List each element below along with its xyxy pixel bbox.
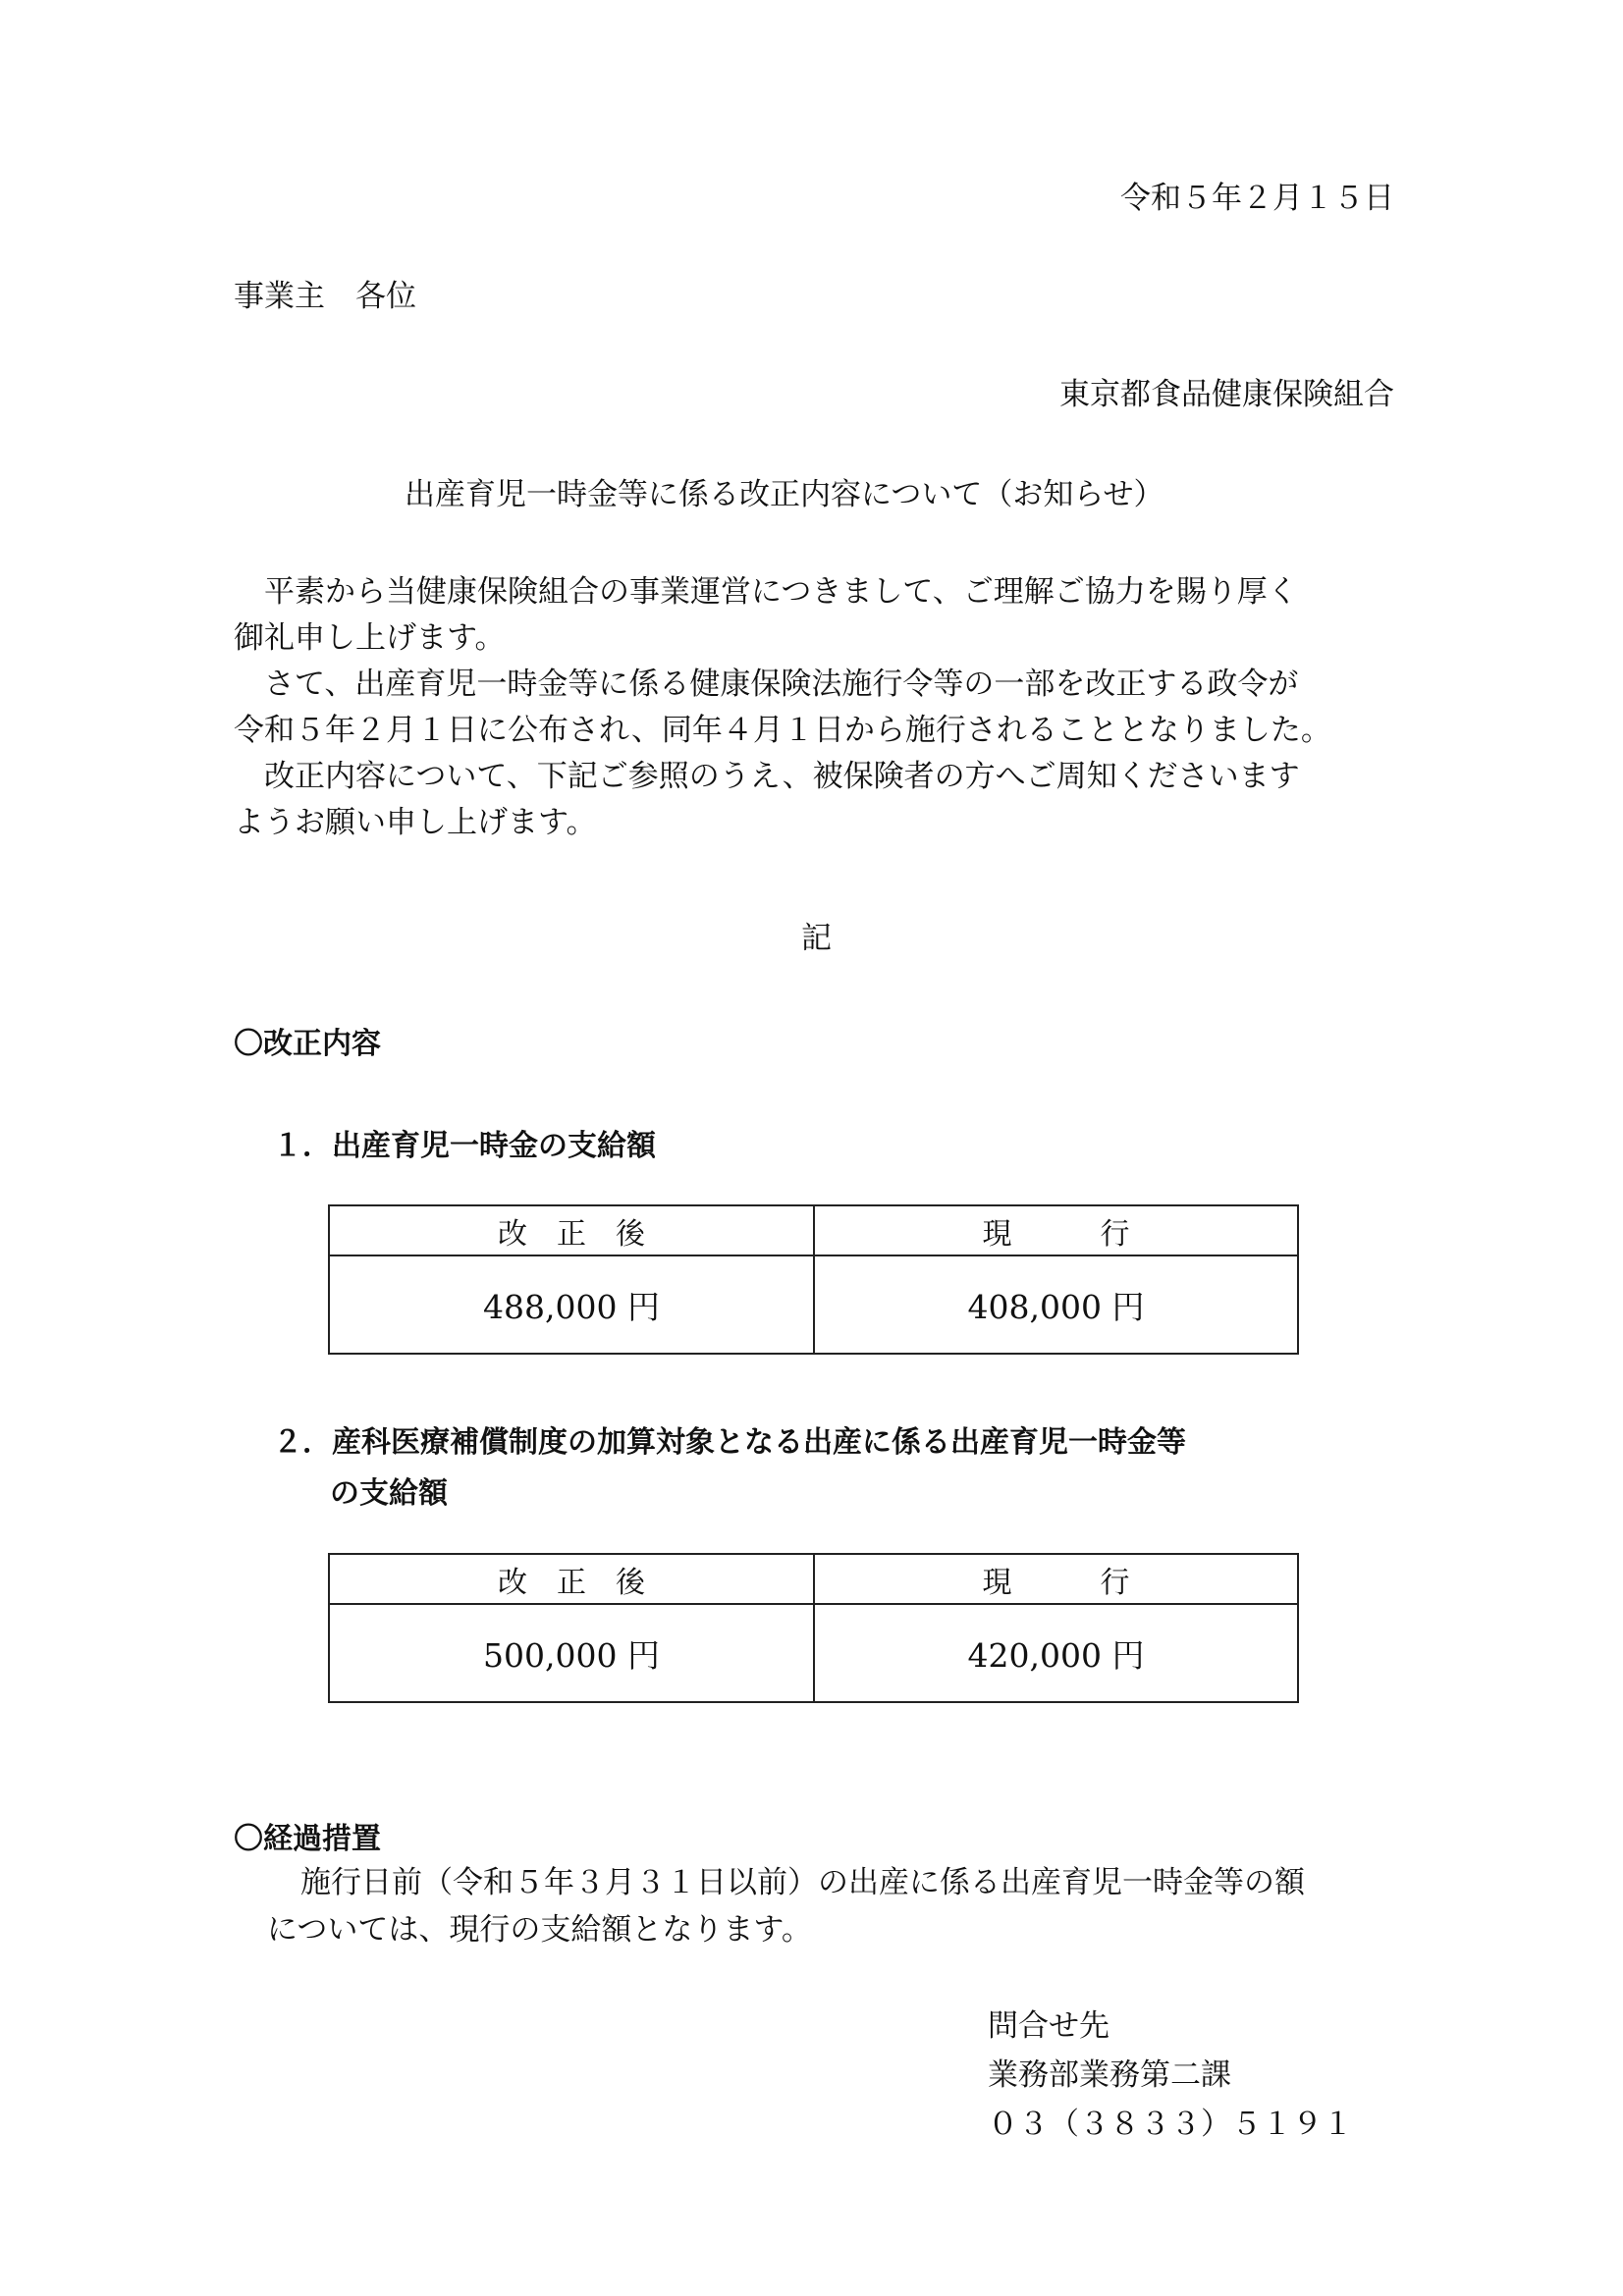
item2-title-line1: ２．産科医療補償制度の加算対象となる出産に係る出産育児一時金等 — [273, 1417, 1186, 1461]
header-revised: 改 正 後 — [329, 1205, 814, 1255]
body-line: ようお願い申し上げます。 — [234, 800, 1402, 846]
item1-amount-table: 改 正 後 現 行 488,000 円 408,000 円 — [328, 1204, 1299, 1355]
contact-label: 問合せ先 — [988, 2008, 1109, 2044]
section-heading-transition: 〇経過措置 — [234, 1814, 381, 1857]
body-line: 改正内容について、下記ご参照のうえ、被保険者の方へご周知くださいます — [234, 754, 1402, 800]
transition-line: 施行日前（令和５年３月３１日以前）の出産に係る出産育児一時金等の額 — [300, 1865, 1305, 1900]
item2-title-line2: の支給額 — [330, 1468, 448, 1512]
body-line: 令和５年２月１日に公布され、同年４月１日から施行されることとなりました。 — [234, 708, 1402, 754]
body-paragraph: 平素から当健康保険組合の事業運営につきまして、ご理解ご協力を賜り厚く 御礼申し上… — [234, 569, 1402, 846]
value-revised: 488,000 円 — [329, 1255, 814, 1354]
sender-organization: 東京都食品健康保険組合 — [1059, 377, 1394, 412]
header-current: 現 行 — [814, 1554, 1298, 1604]
value-revised: 500,000 円 — [329, 1604, 814, 1702]
table-row: 488,000 円 408,000 円 — [329, 1255, 1298, 1354]
item2-amount-table: 改 正 後 現 行 500,000 円 420,000 円 — [328, 1553, 1299, 1703]
page-title: 出産育児一時金等に係る改正内容について（お知らせ） — [405, 477, 1163, 512]
body-line: 平素から当健康保険組合の事業運営につきまして、ご理解ご協力を賜り厚く — [234, 569, 1402, 615]
table-row: 500,000 円 420,000 円 — [329, 1604, 1298, 1702]
body-line: 御礼申し上げます。 — [234, 615, 1402, 662]
document-date: 令和５年２月１５日 — [1120, 181, 1394, 216]
value-current: 420,000 円 — [814, 1604, 1298, 1702]
section-heading-revision: 〇改正内容 — [234, 1019, 381, 1062]
value-current: 408,000 円 — [814, 1255, 1298, 1354]
addressee: 事業主 各位 — [234, 279, 416, 314]
header-revised: 改 正 後 — [329, 1554, 814, 1604]
ki-marker: 記 — [801, 921, 832, 956]
body-line: さて、出産育児一時金等に係る健康保険法施行令等の一部を改正する政令が — [234, 662, 1402, 708]
table-header-row: 改 正 後 現 行 — [329, 1554, 1298, 1604]
contact-phone: ０３（３８３３）５１９１ — [988, 2107, 1353, 2142]
header-current: 現 行 — [814, 1205, 1298, 1255]
transition-line: については、現行の支給額となります。 — [267, 1912, 812, 1948]
contact-department: 業務部業務第二課 — [988, 2057, 1231, 2093]
table-header-row: 改 正 後 現 行 — [329, 1205, 1298, 1255]
item1-title: １．出産育児一時金の支給額 — [273, 1121, 656, 1164]
